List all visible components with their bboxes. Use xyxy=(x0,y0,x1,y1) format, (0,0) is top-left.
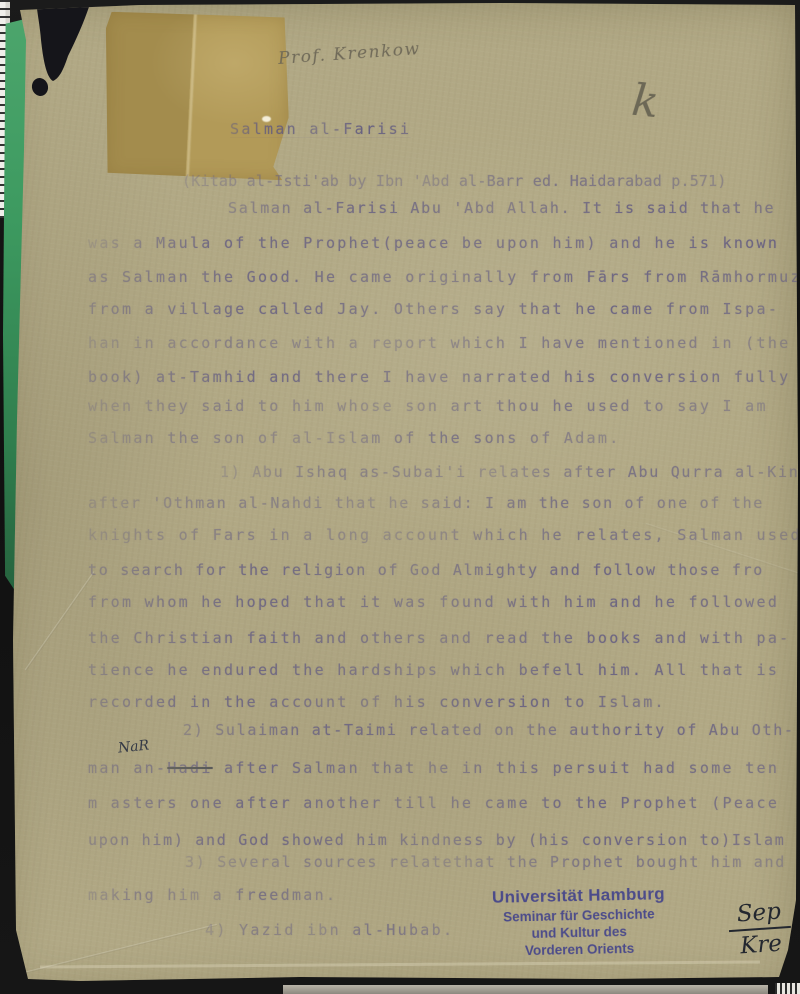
typed-line: making him a freedman. xyxy=(88,886,337,904)
typed-line: from whom he hoped that it was found wit… xyxy=(88,593,779,611)
typed-line: recorded in the account of his conversio… xyxy=(88,693,666,711)
typed-line: 1) Abu Ishaq as-Subai'i relates after Ab… xyxy=(220,463,800,481)
institution-stamp: Universität Hamburg Seminar für Geschich… xyxy=(482,884,675,959)
typed-line: the Christian faith and others and read … xyxy=(88,629,791,647)
typed-line: as Salman the Good. He came originally f… xyxy=(88,268,800,286)
typed-line: 2) Sulaiman at-Taimi related on the auth… xyxy=(183,721,795,739)
handwritten-correction-note: NaR xyxy=(117,737,150,756)
table-edge-strip xyxy=(283,985,768,994)
tape-crease xyxy=(186,13,197,179)
typed-line: upon him) and God showed him kindness by… xyxy=(88,831,786,849)
paper-sheet: Salman al-Farisi (Kitab al-Isti'ab by Ib… xyxy=(0,0,800,994)
handwritten-owner-name: Prof. Krenkow xyxy=(277,39,421,69)
typed-line: knights of Fars in a long account which … xyxy=(88,526,800,544)
typed-line: Salman the son of al-Islam of the sons o… xyxy=(88,429,621,447)
typed-line: tience he endured the hardships which be… xyxy=(88,661,779,679)
stamp-line-2: Seminar für Geschichte xyxy=(483,906,675,925)
source-reference: (Kitab al-Isti'ab by Ibn 'Abd al-Barr ed… xyxy=(182,172,727,190)
ruler-fragment xyxy=(775,983,800,994)
typed-line: to search for the religion of God Almigh… xyxy=(88,561,764,579)
typed-line: after 'Othman al-Nahdi that he said: I a… xyxy=(88,494,764,512)
stamp-line-1: Universität Hamburg xyxy=(482,884,674,908)
paper-fold xyxy=(40,960,760,968)
correction-pre: man an- xyxy=(88,759,167,777)
typed-line: Salman al-Farisi Abu 'Abd Allah. It is s… xyxy=(228,199,775,217)
typed-line: m asters one after another till he came … xyxy=(88,794,779,812)
stamp-line-4: Vorderen Orients xyxy=(483,940,675,959)
document-title: Salman al-Farisi xyxy=(230,120,411,138)
typed-line: 4) Yazid ibn al-Hubab. xyxy=(205,921,454,939)
typed-line: han in accordance with a report which I … xyxy=(88,334,791,352)
typed-line: book) at-Tamhid and there I have narrate… xyxy=(88,368,791,386)
shelfmark-annotation: Sep Kre xyxy=(722,899,798,961)
typed-line-with-correction: man an-Hadi after Salman that he in this… xyxy=(88,759,779,777)
correction-post: after Salman that he in this persuit had… xyxy=(213,759,780,777)
handwritten-k-mark: k xyxy=(629,75,661,129)
ink-blob xyxy=(20,0,120,100)
tape-patch xyxy=(104,12,290,181)
paper-crease xyxy=(25,571,95,670)
stamp-line-3: und Kultur des xyxy=(483,923,675,942)
typed-line: 3) Several sources relatethat the Prophe… xyxy=(185,853,786,871)
typed-line: from a village called Jay. Others say th… xyxy=(88,300,779,318)
typed-line: was a Maula of the Prophet(peace be upon… xyxy=(88,234,779,252)
typed-line: when they said to him whose son art thou… xyxy=(88,397,768,415)
struck-word: Hadi xyxy=(167,759,212,777)
shelfmark-top: Sep xyxy=(727,899,791,933)
